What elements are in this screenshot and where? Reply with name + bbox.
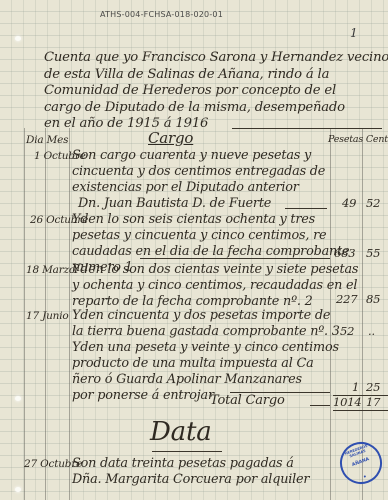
entry-text: Yden lo son dos cientas veinte y siete p…: [72, 262, 358, 310]
total-underline: [333, 410, 388, 411]
entry-day: 18: [26, 264, 39, 276]
fill-line: [310, 405, 330, 406]
amount-cents: 25: [366, 380, 380, 394]
amount-pesetas: 52: [340, 324, 354, 338]
entry-date: 17 Junio: [26, 310, 69, 322]
intro-line: Cuenta que yo Francisco Sarona y Hernand…: [44, 50, 388, 67]
entry-line: existencias por el Diputado anterior: [72, 180, 325, 196]
entry-line: Yden lo son dos cientas veinte y siete p…: [72, 262, 358, 278]
entry-day: 1: [34, 150, 40, 162]
entry-line: pesetas y cincuenta y cinco centimos, re: [72, 228, 349, 244]
entry-line: producto de una multa impuesta al Ca: [72, 356, 339, 372]
entry-line: Son cargo cuarenta y nueve pesetas y: [72, 148, 325, 164]
entry-text: Son data treinta pesetas pagadas á Dña. …: [72, 456, 309, 488]
entry-line: Yden lo son seis cientas ochenta y tres: [72, 212, 349, 228]
entry-line: la tierra buena gastada comprobante nº. …: [72, 324, 340, 340]
margin-line: [24, 128, 25, 500]
entry-line: Dn. Juan Bautista D. de Fuerte: [72, 196, 325, 212]
entry-text: Yden cincuenta y dos pesetas importe de …: [72, 308, 340, 340]
entry-line: Yden una peseta y veinte y cinco centimo…: [72, 340, 339, 356]
entry-month: Marzo: [42, 264, 75, 276]
column-header-amounts: Pesetas Cents.: [328, 134, 388, 145]
entry-line: Yden cincuenta y dos pesetas importe de: [72, 308, 340, 324]
amount-pesetas: 683: [334, 246, 355, 260]
archive-stamp: HEREDEROS SALINAS AÑANA: [334, 436, 388, 490]
entry-line: Dña. Margarita Corcuera por alquiler: [72, 472, 309, 488]
section-title-data: Data: [150, 417, 212, 447]
data-underline: [152, 451, 222, 452]
amount-pesetas: 227: [336, 292, 357, 306]
intro-line: en el año de 1915 á 1916: [44, 116, 388, 133]
entry-date: 18 Marzo: [26, 264, 75, 276]
entry-line: cincuenta y dos centimos entregadas de: [72, 164, 325, 180]
entry-line: Son data treinta pesetas pagadas á: [72, 456, 309, 472]
page-number: 1: [350, 26, 357, 40]
entry-line: y ochenta y cinco centimos, recaudadas e…: [72, 278, 358, 294]
punch-hole: [15, 487, 21, 492]
intro-line: Comunidad de Herederos por concepto de e…: [44, 83, 388, 100]
section-title-cargo: Cargo: [148, 129, 193, 147]
fill-line: [285, 208, 327, 209]
entry-line: ñero ó Guarda Apolinar Manzanares: [72, 372, 339, 388]
entry-line: por ponerse á entrojar: [72, 388, 339, 404]
amount-pesetas: 1: [352, 380, 359, 394]
stamp-dot-icon: [364, 475, 367, 478]
amount-cents: 85: [366, 292, 380, 306]
column-header-date: Dia Mes: [26, 134, 68, 146]
punch-hole: [15, 36, 21, 41]
amount-cents: 52: [366, 196, 380, 210]
total-pesetas: 1014: [333, 395, 361, 409]
intro-line: de esta Villa de Salinas de Añana, rindo…: [44, 67, 388, 84]
intro-paragraph: Cuenta que yo Francisco Sarona y Hernand…: [44, 50, 388, 133]
stamp-center-text: AÑANA: [352, 457, 371, 469]
total-cargo-label: Total Cargo: [210, 393, 285, 408]
intro-line: cargo de Diputado de la misma, desempeña…: [44, 100, 388, 117]
ledger-page: ATHS-004-FCHSA-018-020-01 1 Cuenta que y…: [0, 0, 388, 500]
archive-code: ATHS-004-FCHSA-018-020-01: [100, 10, 223, 19]
entry-day: 17: [26, 310, 39, 322]
stamp-ring-text: HEREDEROS SALINAS: [338, 441, 376, 462]
amount-cents: 55: [366, 246, 380, 260]
entry-day: 26: [30, 214, 43, 226]
entry-day: 27: [24, 458, 37, 470]
fill-line: [140, 258, 330, 259]
margin-line: [69, 128, 70, 500]
punch-hole: [15, 396, 21, 401]
total-cents: 17: [366, 395, 380, 409]
fill-line: [232, 128, 382, 129]
amount-cents: ..: [368, 324, 375, 338]
entry-text: Yden una peseta y veinte y cinco centimo…: [72, 340, 339, 404]
entry-text: Son cargo cuarenta y nueve pesetas y cin…: [72, 148, 325, 212]
entry-month: Junio: [42, 310, 68, 322]
amount-pesetas: 49: [342, 196, 356, 210]
